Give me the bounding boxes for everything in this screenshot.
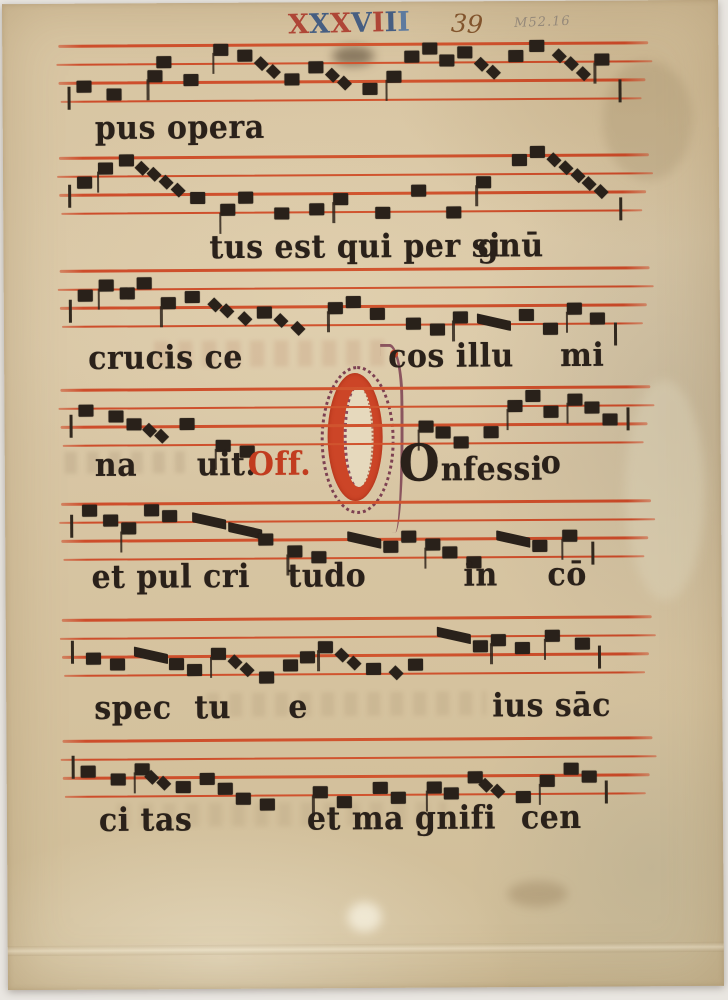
neume-sq: [362, 83, 377, 95]
neume-sq: [543, 323, 558, 335]
neume-dia: [564, 56, 579, 71]
neume-sq: [106, 88, 121, 100]
neume-sq: [373, 782, 388, 794]
neume-sq: [169, 658, 184, 670]
staff-line: [62, 736, 652, 742]
neume-sqs: [562, 530, 577, 542]
lyric-text: Onfessi: [399, 442, 543, 493]
staff-line: [60, 385, 650, 391]
heading-numeral: X: [330, 8, 351, 42]
lyric-text: cos illu: [388, 335, 514, 379]
lyric-text: et ma gnifi: [307, 797, 496, 841]
neume-sq: [144, 504, 159, 516]
staff-line: [59, 518, 655, 524]
neume-sq: [530, 146, 545, 158]
neume-sq: [218, 783, 233, 795]
lyric-text: crucis ce: [88, 337, 243, 381]
neume-sq: [283, 659, 298, 671]
neume-sq: [458, 46, 473, 58]
neume-sqs: [313, 786, 328, 798]
neume-sq: [508, 50, 523, 62]
neume-obl: [437, 627, 471, 645]
neume-sq: [383, 541, 398, 553]
neume-obl: [496, 530, 530, 548]
neume-sqs: [418, 421, 433, 433]
neume-sq: [585, 402, 600, 414]
neume-sq: [110, 773, 125, 785]
neume-sq: [346, 296, 361, 308]
neume-sq: [176, 781, 191, 793]
lyric-line-3: crucis cecos illumi: [4, 334, 720, 384]
neume-sq: [603, 413, 618, 425]
lyric-line-1: pus opera: [3, 104, 719, 154]
neume-sq: [257, 307, 272, 319]
neume-sq: [119, 287, 134, 299]
staff-system-2: [59, 153, 655, 215]
neume-sq: [180, 418, 195, 430]
neume-sqs: [491, 634, 506, 646]
lyric-text: tu: [194, 687, 231, 730]
staff-line: [59, 634, 655, 640]
neume-sq: [103, 514, 118, 526]
neume-sqs: [318, 641, 333, 653]
stain: [347, 902, 381, 932]
staff-system-4: [60, 385, 656, 447]
staff-system-5: [61, 499, 657, 561]
neume-sqs: [333, 193, 348, 205]
neume-sqs: [507, 400, 522, 412]
heading-numeral: I: [372, 7, 384, 41]
neume-bar: [627, 407, 630, 430]
neume-sq: [184, 74, 199, 86]
lyric-text: o: [541, 442, 562, 485]
neume-dia: [347, 656, 362, 671]
neume-sq: [512, 154, 527, 166]
folio-numeral-heading: XXXVIII: [288, 7, 410, 44]
catalog-number-pencil: M52.16: [514, 14, 571, 31]
lyric-text: e: [288, 686, 308, 729]
neume-sqs: [425, 539, 440, 551]
neume-sq: [185, 291, 200, 303]
neume-obl: [133, 646, 167, 664]
neume-sq: [473, 640, 488, 652]
neume-sqs: [220, 204, 235, 216]
lyric-text: tudo: [287, 555, 366, 599]
neume-dia: [594, 184, 609, 199]
neume-sq: [237, 50, 252, 62]
lyric-text: cō: [547, 554, 587, 597]
neume-sq: [590, 313, 605, 325]
neume-sq: [447, 206, 462, 218]
neume-sq: [525, 390, 540, 402]
rubric-text: Off.: [248, 443, 312, 487]
heading-numeral: V: [351, 8, 372, 42]
neume-sq: [543, 406, 558, 418]
neume-sq: [110, 658, 125, 670]
lyric-line-5: et pul critudoincō: [5, 553, 721, 603]
neume-sqs: [545, 630, 560, 642]
neume-dia: [337, 76, 352, 91]
neume-bar: [598, 646, 601, 669]
lyric-line-4: nauit.Off.Onfessio: [5, 441, 721, 491]
neume-sq: [78, 405, 93, 417]
neume-sqs: [566, 303, 581, 315]
lyric-text: ci tas: [99, 799, 193, 843]
lyric-text: spec: [94, 687, 171, 731]
neume-sq: [126, 418, 141, 430]
staff-line: [58, 41, 648, 47]
staff-system-3: [60, 266, 656, 328]
neume-sq: [532, 540, 547, 552]
lyric-text: na: [95, 444, 138, 487]
neume-sq: [404, 51, 419, 63]
neume-sq: [366, 663, 381, 675]
neume-sqs: [595, 53, 610, 65]
neume-sq: [429, 323, 444, 335]
neume-sq: [157, 56, 172, 68]
neume-bar: [72, 756, 75, 779]
lyric-text: tus est qui per si: [209, 225, 501, 270]
neume-sq: [77, 177, 92, 189]
neume-sq: [78, 290, 93, 302]
manuscript-leaf: XXXVIII 39 M52.16 C pus operatus est qui…: [2, 0, 724, 990]
neume-sqs: [540, 775, 555, 787]
stain: [507, 881, 567, 907]
neume-sq: [238, 192, 253, 204]
neume-sq: [422, 43, 437, 55]
neume-sq: [86, 653, 101, 665]
neume-sq: [285, 73, 300, 85]
neume-sq: [574, 638, 589, 650]
neume-bar: [68, 185, 71, 208]
neume-sq: [309, 61, 324, 73]
staff-system-1: [58, 41, 654, 103]
neume-obl: [477, 313, 511, 331]
staff-system-7: [62, 736, 658, 798]
neume-sq: [82, 505, 97, 517]
neume-sq: [515, 642, 530, 654]
neume-sqs: [161, 297, 176, 309]
neume-sq: [581, 771, 596, 783]
neume-sqs: [476, 176, 491, 188]
lyric-text: ius sāc: [492, 684, 611, 728]
folio-number-ink: 39: [450, 8, 484, 39]
neume-bar: [71, 641, 74, 664]
neume-sq: [406, 318, 421, 330]
lyric-text: cen: [521, 797, 582, 841]
neume-bar: [69, 415, 72, 438]
neume-sq: [137, 277, 152, 289]
neume-sqs: [98, 163, 113, 175]
staff-line: [59, 190, 646, 196]
heading-numeral: I: [397, 7, 409, 41]
neume-sqs: [386, 71, 401, 83]
neume-sq: [190, 192, 205, 204]
neume-sqs: [148, 70, 163, 82]
lyric-line-7: ci taset ma gnificen: [7, 796, 723, 846]
neume-sq: [411, 185, 426, 197]
neume-sq: [81, 766, 96, 778]
neume-sq: [440, 54, 455, 66]
neume-sq: [370, 308, 385, 320]
neume-sq: [484, 426, 499, 438]
neume-sqs: [121, 522, 136, 534]
staff-line: [56, 60, 652, 66]
neume-obl: [347, 531, 381, 549]
neume-sq: [162, 510, 177, 522]
neume-sqs: [211, 648, 226, 660]
neume-sq: [200, 773, 215, 785]
lyric-text: in: [463, 554, 497, 597]
neume-sq: [563, 763, 578, 775]
neume-dia: [155, 429, 170, 444]
heading-numeral: X: [309, 9, 330, 43]
neume-sq: [310, 203, 325, 215]
neume-obl: [192, 512, 226, 530]
neume-sqs: [213, 44, 228, 56]
lyric-text: mi: [560, 335, 604, 378]
staff-line: [64, 671, 645, 677]
staff-line: [60, 755, 656, 761]
neume-sqs: [567, 394, 582, 406]
neume-sq: [401, 531, 416, 543]
neume-bar: [69, 300, 72, 323]
staff-line: [61, 209, 642, 215]
neume-sq: [300, 651, 315, 663]
neume-sq: [519, 309, 534, 321]
staff-line: [62, 615, 652, 621]
neume-sq: [258, 534, 273, 546]
neume-sq: [76, 81, 91, 93]
neume-dia: [486, 65, 501, 80]
neume-sq: [274, 207, 289, 219]
neume-sq: [259, 672, 274, 684]
neume-sq: [529, 40, 544, 52]
staff-line: [58, 404, 654, 410]
neume-bar: [70, 515, 73, 538]
neume-sqs: [98, 280, 113, 292]
neume-dia: [266, 64, 281, 79]
neume-sqs: [328, 302, 343, 314]
neume-bar: [619, 197, 622, 220]
heading-numeral: I: [384, 7, 396, 41]
neume-sqs: [426, 782, 441, 794]
neume-sq: [408, 659, 423, 671]
neume-obl: [228, 522, 262, 540]
heading-numeral: X: [288, 9, 309, 43]
neume-sq: [187, 664, 202, 676]
neume-sq: [119, 154, 134, 166]
neume-bar: [619, 79, 622, 102]
neume-sqs: [453, 311, 468, 323]
staff-system-6: [62, 615, 658, 677]
lyric-line-6: spectueius sāc: [6, 684, 722, 734]
neume-bar: [67, 87, 70, 110]
neume-dia: [388, 665, 403, 680]
neume-sq: [375, 207, 390, 219]
neume-sq: [108, 410, 123, 422]
lyric-text: pus opera: [95, 107, 265, 151]
lyric-text: et pul cri: [91, 556, 250, 600]
lyric-text: gnū: [477, 225, 543, 269]
neume-dia: [291, 321, 306, 336]
